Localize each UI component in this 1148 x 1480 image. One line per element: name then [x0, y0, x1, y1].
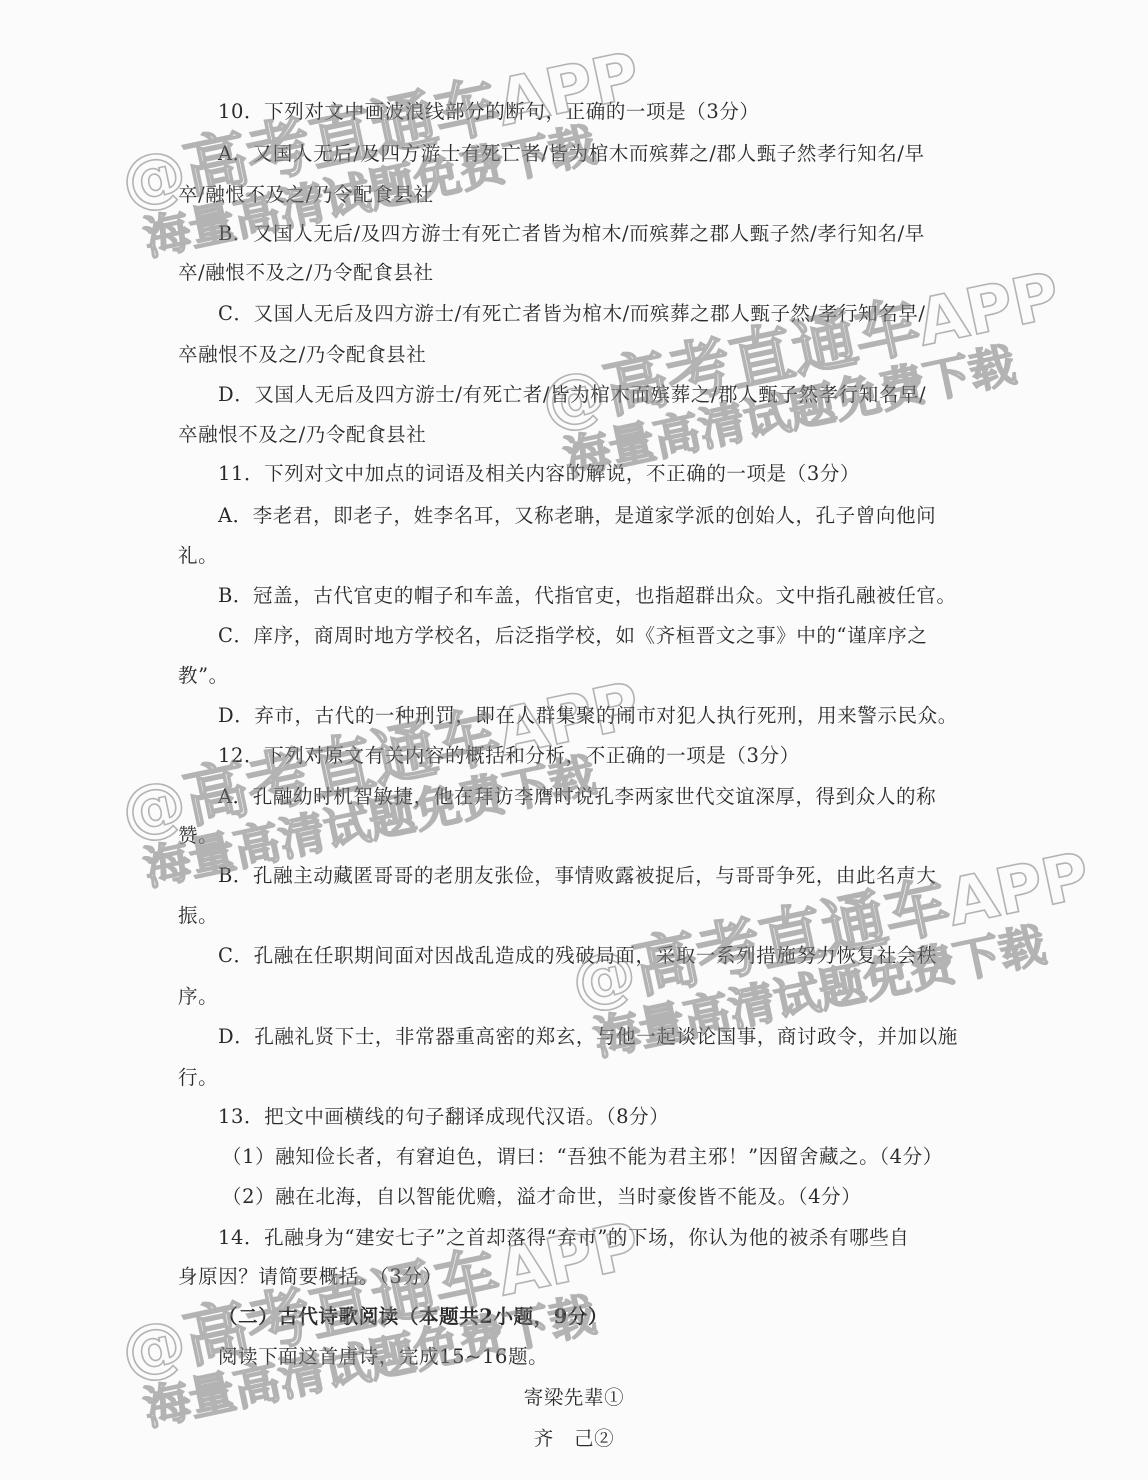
q10-stem: 10．下列对文中画波浪线部分的断句，正确的一项是（3分） [218, 98, 760, 126]
q11-option-c: C．庠序，商周时地方学校名，后泛指学校，如《齐桓晋文之事》中的“谨庠序之 [218, 622, 928, 650]
q12-option-d: D．孔融礼贤下士，非常器重高密的郑玄，与他一起谈论国事，商讨政令，并加以施 [218, 1023, 958, 1051]
q12-option-c-cont: 序。 [178, 983, 218, 1011]
q13-stem: 13．把文中画横线的句子翻译成现代汉语。（8分） [218, 1103, 669, 1131]
watermark: @高考直通车APP 海量高清试题免费下载 [536, 263, 1076, 486]
q12-option-a-cont: 赞。 [178, 822, 218, 850]
q12-stem: 12．下列对原文有关内容的概括和分析，不正确的一项是（3分） [218, 742, 800, 770]
q12-option-a: A．孔融幼时机智敏捷，他在拜访李膺时说孔李两家世代交谊深厚，得到众人的称 [218, 783, 936, 811]
poem-author: 齐 己② [0, 1425, 1148, 1453]
q11-option-a: A．李老君，即老子，姓李名耳，又称老聃，是道家学派的创始人，孔子曾向他问 [218, 502, 936, 530]
q10-option-b: B．又国人无后/及四方游士有死亡者皆为棺木/而殡葬之郡人甄子然/孝行知名/早 [218, 220, 925, 248]
q12-option-d-cont: 行。 [178, 1064, 218, 1092]
poem-title: 寄梁先辈① [0, 1384, 1148, 1412]
q10-option-c-cont: 卒融恨不及之/乃令配食县社 [178, 341, 426, 369]
q11-stem: 11．下列对文中加点的词语及相关内容的解说，不正确的一项是（3分） [218, 460, 860, 488]
q14-stem-cont: 身原因？请简要概括。（3分） [178, 1263, 443, 1291]
q11-option-d: D．弃市，古代的一种刑罚，即在人群集聚的闹市对犯人执行死刑，用来警示民众。 [218, 702, 958, 730]
q11-option-a-cont: 礼。 [178, 542, 218, 570]
q10-option-d: D．又国人无后及四方游士/有死亡者/皆为棺木而殡葬之/郡人甄子然孝行知名早/ [218, 381, 926, 409]
q14-stem: 14．孔融身为“建安七子”之首却落得“弃市”的下场，你认为他的被杀有哪些自 [218, 1224, 909, 1252]
q10-option-a-cont: 卒/融恨不及之/乃令配食县社 [178, 181, 434, 209]
q10-option-d-cont: 卒融恨不及之/乃令配食县社 [178, 421, 426, 449]
section-heading: （二）古代诗歌阅读（本题共2小题，9分） [218, 1303, 608, 1331]
q10-option-c: C．又国人无后及四方游士/有死亡者皆为棺木/而殡葬之郡人甄子然/孝行知名早/ [218, 300, 926, 328]
q13-part-1: （1）融知俭长者，有窘迫色，谓曰：“吾独不能为君主邪！”因留舍藏之。（4分） [222, 1143, 943, 1171]
q10-option-b-cont: 卒/融恨不及之/乃令配食县社 [178, 259, 434, 287]
q12-option-b-cont: 振。 [178, 902, 218, 930]
exam-page: 10．下列对文中画波浪线部分的断句，正确的一项是（3分） A．又国人无后/及四方… [0, 0, 1148, 1480]
q12-option-b: B．孔融主动藏匿哥哥的老朋友张俭，事情败露被捉后，与哥哥争死，由此名声大 [218, 862, 936, 890]
q10-option-a: A．又国人无后/及四方游士有死亡者/皆为棺木而殡葬之/郡人甄子然孝行知名/早 [218, 140, 925, 168]
section-instruction: 阅读下面这首唐诗，完成15~16题。 [218, 1343, 548, 1371]
q13-part-2: （2）融在北海，自以智能优赡，溢才命世，当时豪俊皆不能及。（4分） [222, 1183, 861, 1211]
q12-option-c: C．孔融在任职期间面对因战乱造成的残破局面，采取一系列措施努力恢复社会秩 [218, 942, 937, 970]
q11-option-b: B．冠盖，古代官吏的帽子和车盖，代指官吏，也指超群出众。文中指孔融被任官。 [218, 582, 957, 610]
q11-option-c-cont: 教”。 [178, 662, 229, 690]
